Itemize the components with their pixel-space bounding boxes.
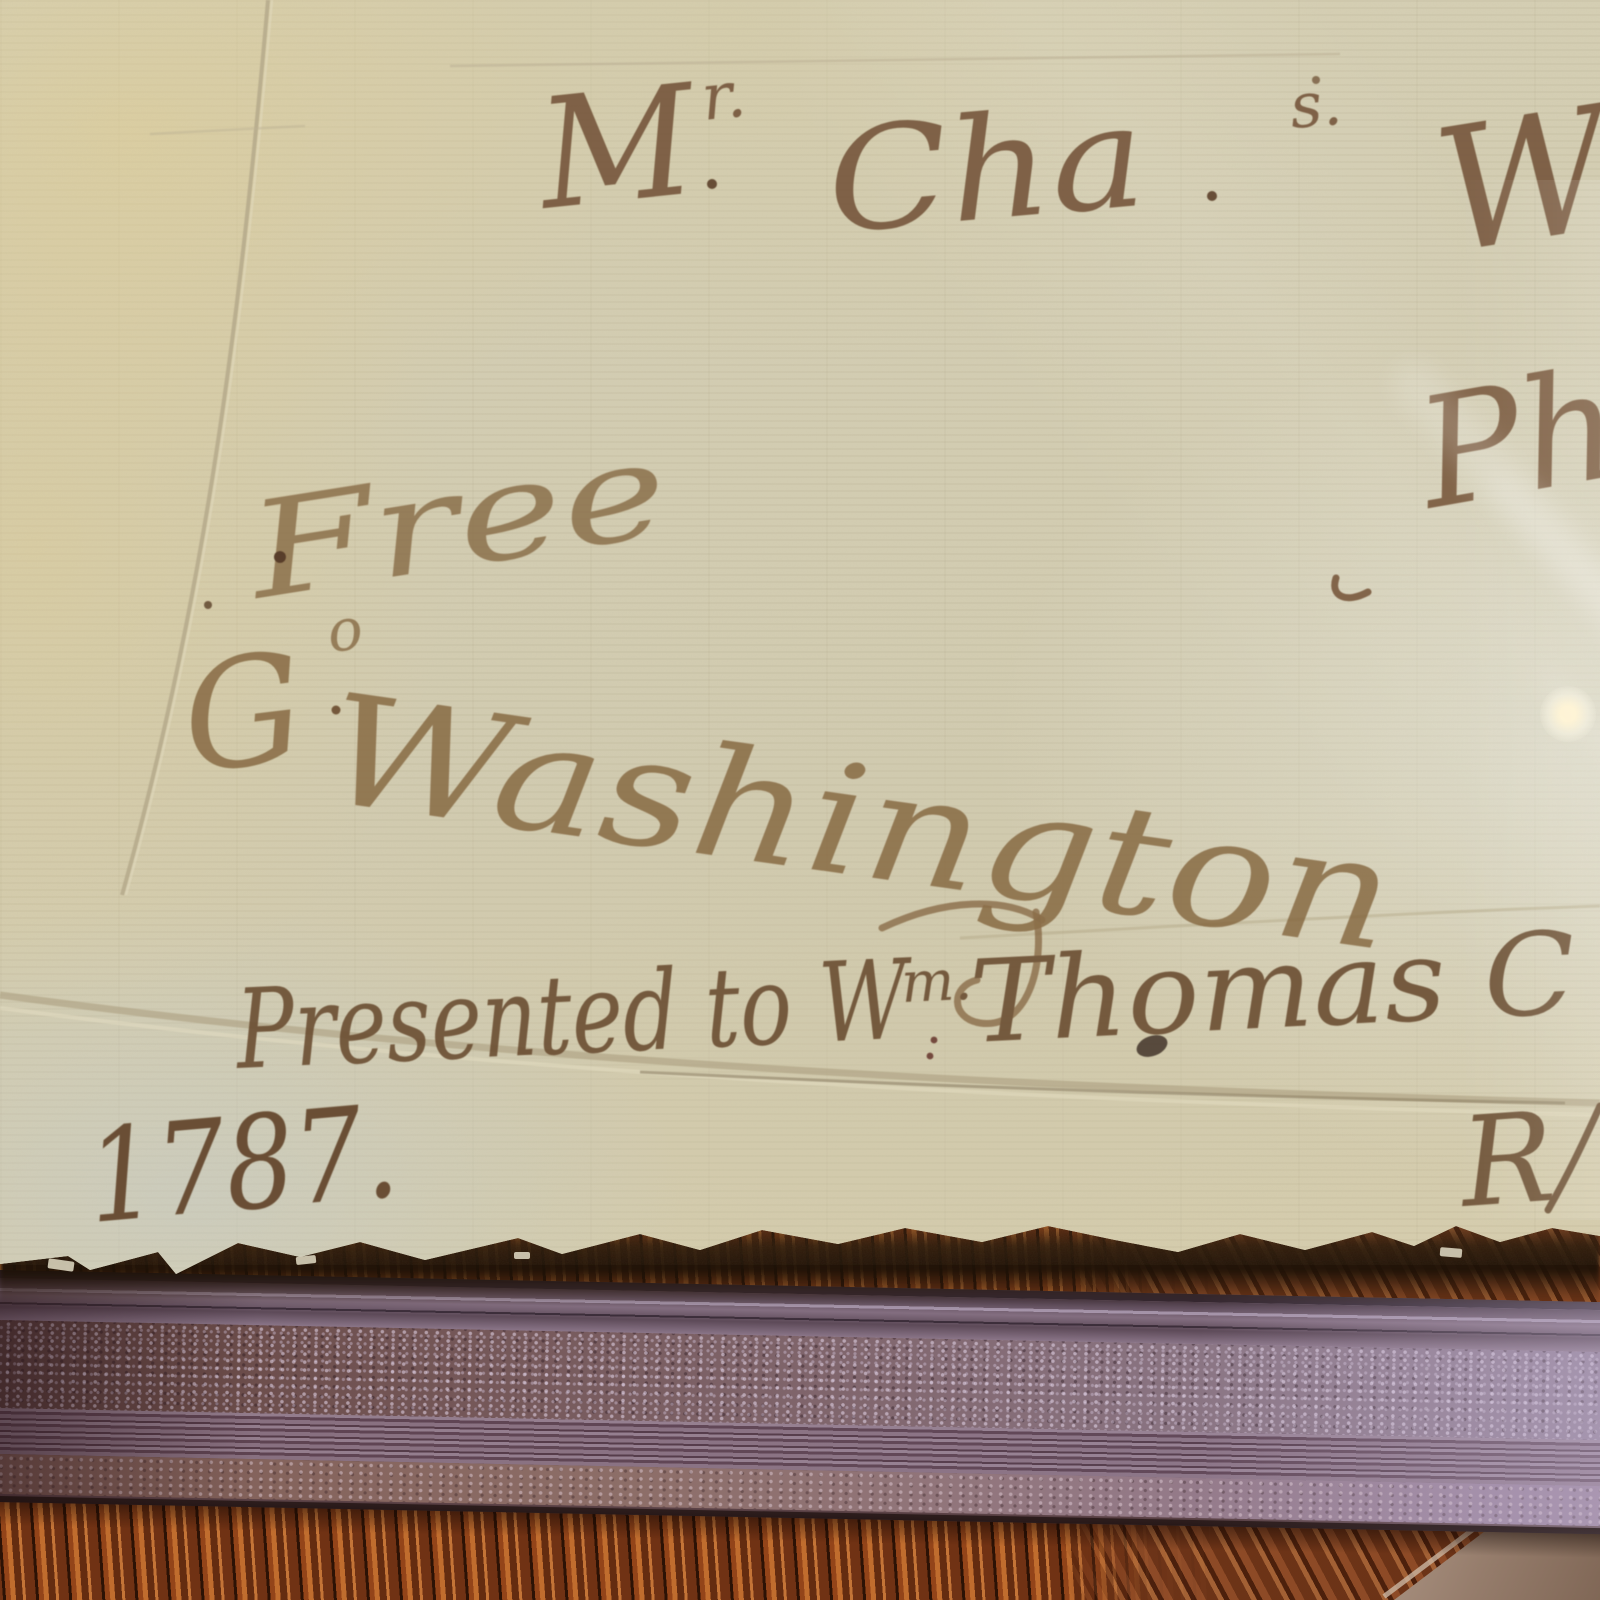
photo-vignette [0,0,1600,1600]
photo-of-washington-free-frank: M r. Cha s. W Ph Free G o Washington Pre… [0,0,1600,1600]
